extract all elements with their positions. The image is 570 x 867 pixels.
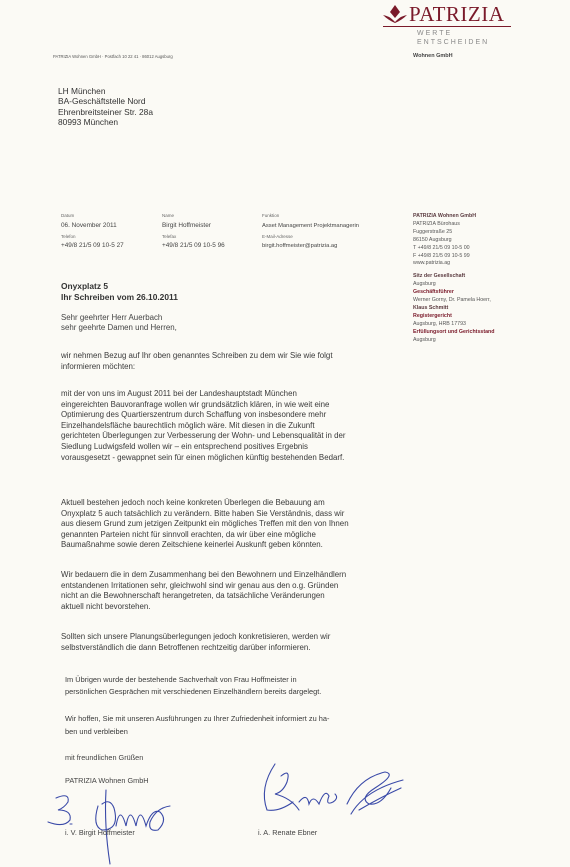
name-value: Birgit Hoffmeister — [162, 222, 225, 230]
sidebar-fax: F +49/8 21/5 09 10-5 99 — [413, 253, 563, 261]
sidebar-management-label: Geschäftsführer — [413, 289, 563, 297]
body-line: eingereichten Bauvoranfrage wollen wir g… — [61, 400, 421, 411]
body-paragraph: Sollten sich unsere Planungsüberlegungen… — [61, 632, 421, 653]
date-label: Datum — [61, 213, 124, 219]
body-line: entstandenen Irritationen sehr, gleichwo… — [61, 581, 421, 592]
recipient-line: BA-Geschäftstelle Nord — [58, 96, 153, 106]
company-sidebar: PATRIZIA Wohnen GmbH PATRIZIA Bürohaus F… — [413, 213, 563, 345]
division-name: Wohnen GmbH — [413, 53, 453, 59]
name-label: Name — [162, 213, 225, 219]
body-paragraph: Aktuell bestehen jedoch noch keine konkr… — [61, 498, 421, 551]
body-line: Im Übrigen wurde der bestehende Sachverh… — [65, 674, 425, 686]
salutation-line: sehr geehrte Damen und Herren, — [61, 323, 177, 333]
sidebar-register-label: Registergericht — [413, 313, 563, 321]
body-line: mit der von uns im August 2011 bei der L… — [61, 389, 421, 400]
sidebar-management: Klaus Schmitt — [413, 305, 563, 313]
recipient-line: Ehrenbreitsteiner Str. 28a — [58, 107, 153, 117]
body-line: selbstverständlich die dann Betroffenen … — [61, 643, 421, 654]
body-line: Optimierung des Quartierszentrum durch S… — [61, 410, 421, 421]
body-line: Wir hoffen, Sie mit unseren Ausführungen… — [65, 712, 425, 725]
sidebar-jurisdiction-label: Erfüllungsort und Gerichtsstand — [413, 329, 563, 337]
flame-leaf-logo-icon — [382, 4, 408, 24]
patrizia-logo: PATRIZIA WERTE ENTSCHEIDEN — [379, 2, 511, 38]
subject-line: Onyxplatz 5 — [61, 281, 178, 292]
body-line: Baumaßnahme sowie deren Zeitschiene kein… — [61, 540, 421, 551]
body-line: persönlichen Gesprächen mit verschiedene… — [65, 686, 425, 698]
body-line: aktuell nicht bevorstehen. — [61, 602, 421, 613]
body-line: wir nehmen Bezug auf Ihr oben genanntes … — [61, 351, 421, 362]
meta-date: Datum 06. November 2011 Telefon +49/8 21… — [61, 213, 124, 250]
sidebar-jurisdiction: Augsburg — [413, 337, 563, 345]
sidebar-address-line: 86150 Augsburg — [413, 237, 563, 245]
recipient-line: 80993 München — [58, 117, 153, 127]
body-paragraph: wir nehmen Bezug auf Ihr oben genanntes … — [61, 351, 421, 372]
date-value: 06. November 2011 — [61, 222, 124, 230]
body-paragraph: Wir bedauern die in dem Zusammenhang bei… — [61, 570, 421, 612]
body-paragraph: mit der von uns im August 2011 bei der L… — [61, 389, 421, 463]
closing-phrase: mit freundlichen Grüßen — [65, 753, 143, 762]
body-line: vorausgesetzt - gewappnet sein für einen… — [61, 453, 421, 464]
body-line: ben und verbleiben — [65, 725, 425, 738]
sidebar-company: PATRIZIA Wohnen GmbH — [413, 213, 563, 221]
brand-name: PATRIZIA — [409, 3, 504, 25]
email-value[interactable]: birgit.hoffmeister@patrizia.ag — [262, 242, 359, 250]
recipient-line: LH München — [58, 86, 153, 96]
signer-name-ebner: i. A. Renate Ebner — [258, 828, 317, 837]
function-value: Asset Management Projektmanagerin — [262, 222, 359, 230]
sender-return-address: PATRIZIA Wohnen GmbH · Postfach 10 22 41… — [53, 54, 173, 59]
fax-value: +49/8 21/5 09 10-5 96 — [162, 242, 225, 250]
phone-value: +49/8 21/5 09 10-5 27 — [61, 242, 124, 250]
function-label: Funktion — [262, 213, 359, 219]
sidebar-website[interactable]: www.patrizia.ag — [413, 260, 563, 268]
sidebar-phone: T +49/8 21/5 09 10-5 00 — [413, 245, 563, 253]
email-label: E-Mail-Adresse — [262, 234, 359, 240]
body-paragraph: Wir hoffen, Sie mit unseren Ausführungen… — [65, 712, 425, 738]
body-line: Aktuell bestehen jedoch noch keine konkr… — [61, 498, 421, 509]
recipient-address: LH München BA-Geschäftstelle Nord Ehrenb… — [58, 86, 153, 127]
signer-name-hoffmeister: i. V. Birgit Hoffmeister — [65, 828, 135, 837]
body-line: gerichteten Überlegungen zur Verbesserun… — [61, 431, 421, 442]
phone-label: Telefon — [61, 234, 124, 240]
fax-label: Telefax — [162, 234, 225, 240]
body-line: Einzelhandelsfläche baurechtlich möglich… — [61, 421, 421, 432]
sidebar-address-line: Fuggerstraße 25 — [413, 229, 563, 237]
salutation: Sehr geehrter Herr Auerbach sehr geehrte… — [61, 313, 177, 334]
meta-function: Funktion Asset Management Projektmanager… — [262, 213, 359, 250]
logo-rule — [383, 26, 511, 27]
signing-company: PATRIZIA Wohnen GmbH — [65, 776, 149, 785]
body-line: aus diesem Grund zum jetzigen Zeitpunkt … — [61, 519, 421, 530]
brand-tagline: WERTE ENTSCHEIDEN — [417, 29, 511, 47]
sidebar-seat: Augsburg — [413, 281, 563, 289]
signature-hoffmeister — [40, 786, 180, 866]
signature-ebner — [255, 758, 405, 838]
sidebar-register: Augsburg, HRB 17793 — [413, 321, 563, 329]
body-line: nicht an die Bewohnerschaft herangetrete… — [61, 591, 421, 602]
body-paragraph: Im Übrigen wurde der bestehende Sachverh… — [65, 674, 425, 697]
body-line: Wir bedauern die in dem Zusammenhang bei… — [61, 570, 421, 581]
body-line: Sollten sich unsere Planungsüberlegungen… — [61, 632, 421, 643]
meta-name: Name Birgit Hoffmeister Telefax +49/8 21… — [162, 213, 225, 250]
sidebar-management: Werner Gorny, Dr. Pamela Hoerr, — [413, 297, 563, 305]
sidebar-address-line: PATRIZIA Bürohaus — [413, 221, 563, 229]
subject-line: Ihr Schreiben vom 26.10.2011 — [61, 292, 178, 303]
body-line: informieren möchten: — [61, 362, 421, 373]
body-line: Siedlung Ludwigsfeld wollen wir – ein en… — [61, 442, 421, 453]
body-line: Onyxplatz 5 auch tatsächlich zu veränder… — [61, 509, 421, 520]
salutation-line: Sehr geehrter Herr Auerbach — [61, 313, 177, 323]
sidebar-seat-label: Sitz der Gesellschaft — [413, 273, 563, 281]
letter-subject: Onyxplatz 5 Ihr Schreiben vom 26.10.2011 — [61, 281, 178, 303]
body-line: genannten Parteien nicht für sinnvoll er… — [61, 530, 421, 541]
